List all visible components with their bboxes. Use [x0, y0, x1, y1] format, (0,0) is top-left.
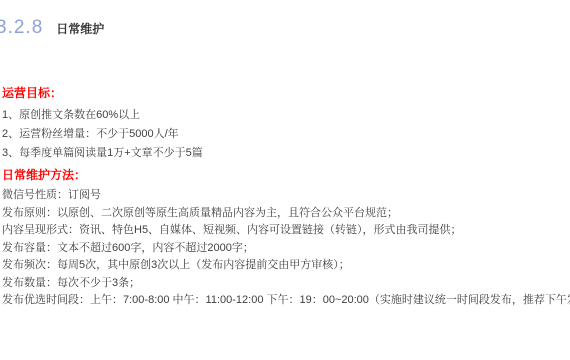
method-item: 内容呈现形式：资讯、特色H5、自媒体、短视频、内容可设置链接（转链），形式由我司… [2, 222, 570, 240]
method-item: 发布数量：每次不少于3条； [2, 275, 570, 293]
maintenance-methods-list: 微信号性质：订阅号 发布原则：以原创、二次原创等原生高质量精品内容为主，且符合公… [2, 187, 570, 310]
operation-goals-list: 1、原创推文条数在60%以上 2、运营粉丝增量：不少于5000人/年 3、每季度… [2, 106, 570, 163]
goal-item: 1、原创推文条数在60%以上 [2, 106, 570, 125]
method-item: 发布原则：以原创、二次原创等原生高质量精品内容为主，且符合公众平台规范； [2, 205, 570, 223]
method-item: 发布优选时间段：上午：7:00-8:00 中午：11:00-12:00 下午：1… [2, 292, 570, 310]
document-page: 3.2.8 日常维护 运营目标： 1、原创推文条数在60%以上 2、运营粉丝增量… [0, 0, 570, 360]
method-item: 微信号性质：订阅号 [2, 187, 570, 205]
maintenance-methods-title: 日常维护方法： [2, 168, 570, 182]
section-heading: 3.2.8 日常维护 [0, 17, 104, 39]
goal-item: 3、每季度单篇阅读量1万+文章不少于5篇 [2, 144, 570, 163]
operation-goals-section: 运营目标： 1、原创推文条数在60%以上 2、运营粉丝增量：不少于5000人/年… [2, 86, 570, 163]
maintenance-methods-section: 日常维护方法： 微信号性质：订阅号 发布原则：以原创、二次原创等原生高质量精品内… [2, 168, 570, 310]
operation-goals-title: 运营目标： [2, 86, 570, 100]
section-heading-title: 日常维护 [56, 20, 104, 37]
section-number: 3.2.8 [0, 17, 43, 39]
goal-item: 2、运营粉丝增量：不少于5000人/年 [2, 125, 570, 144]
method-item: 发布容量：文本不超过600字，内容不超过2000字； [2, 240, 570, 258]
method-item: 发布频次：每周5次，其中原创3次以上（发布内容提前交由甲方审核）； [2, 257, 570, 275]
